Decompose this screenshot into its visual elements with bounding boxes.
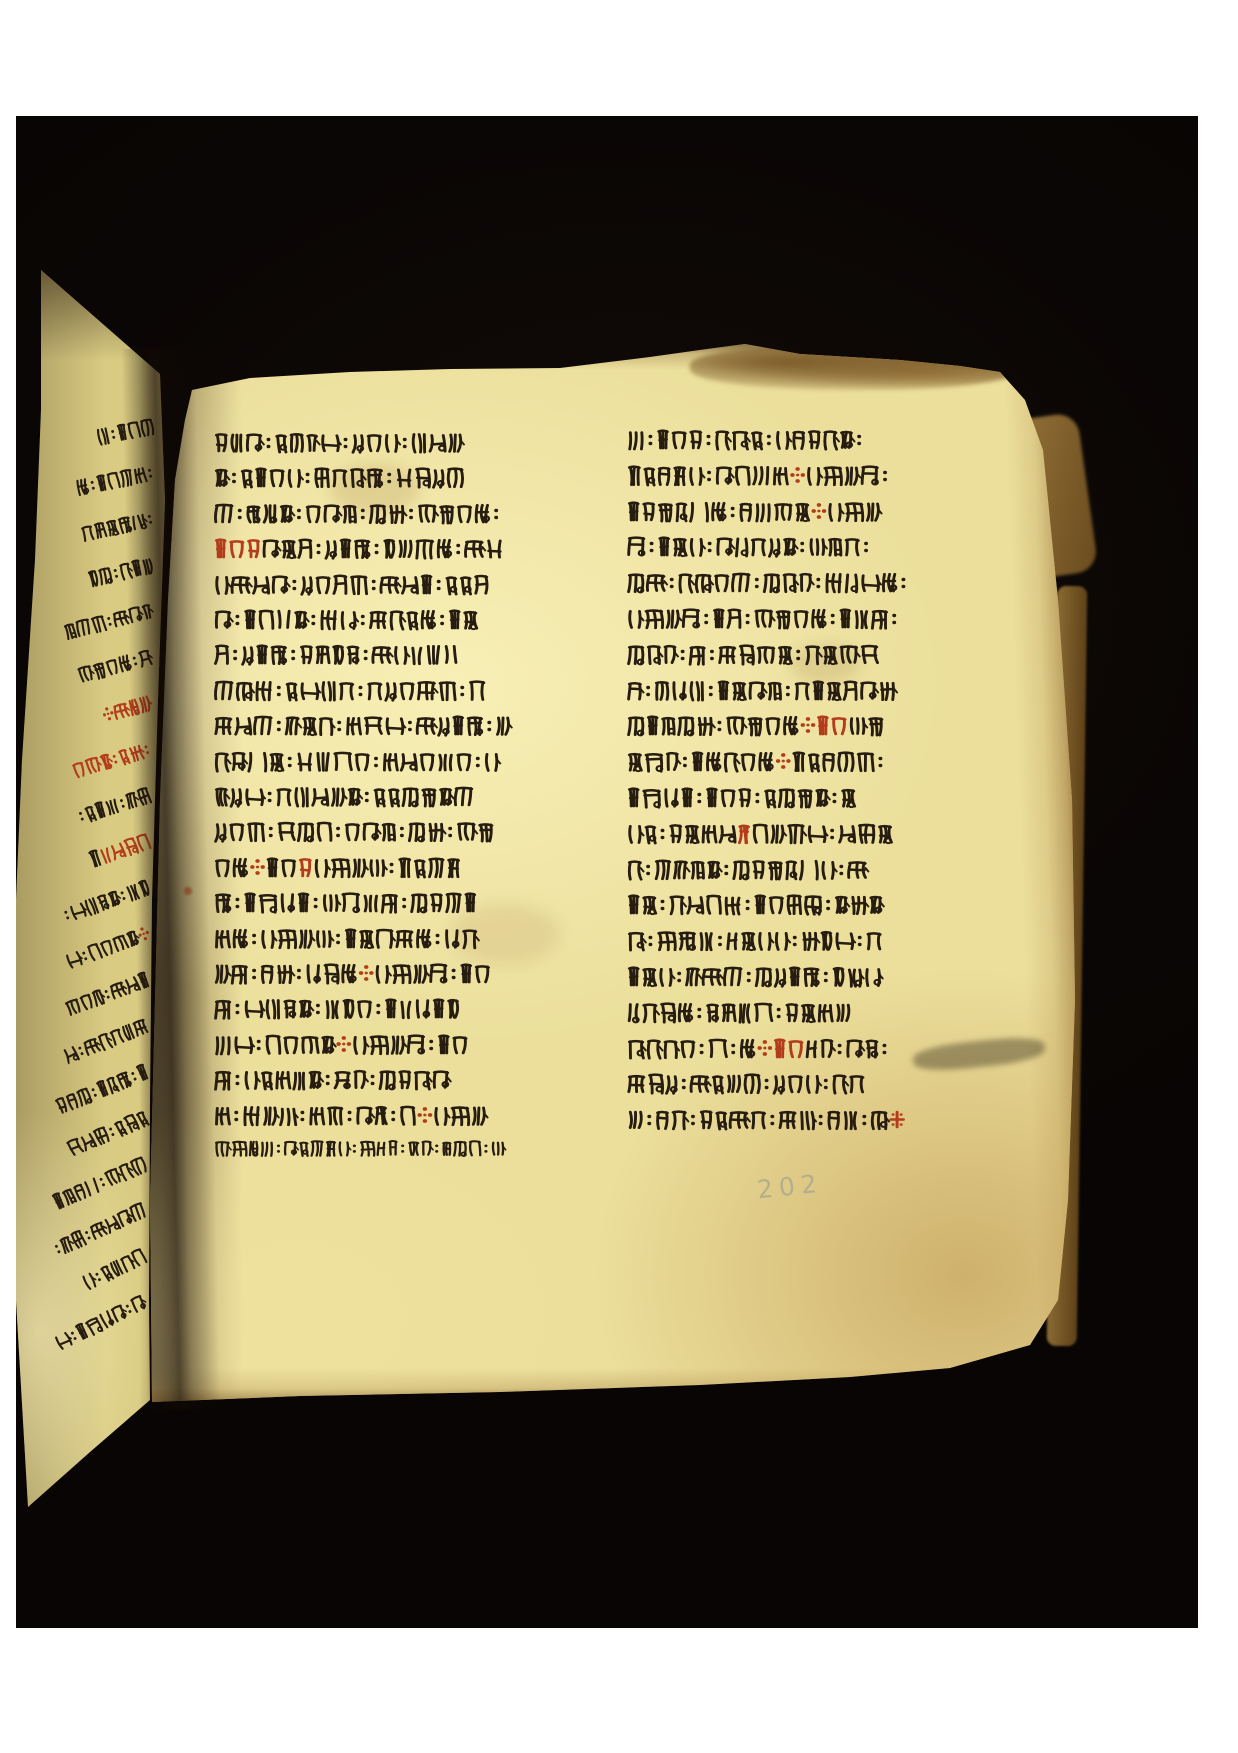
manuscript-line [215, 1033, 595, 1059]
manuscript-line [215, 466, 595, 492]
manuscript-line [215, 643, 595, 669]
manuscript-line [215, 785, 595, 811]
manuscript-line [628, 929, 1006, 955]
manuscript-line [215, 856, 595, 882]
manuscript-line [215, 679, 595, 705]
manuscript-line [215, 537, 595, 563]
facing-page-line-ending [81, 1245, 152, 1296]
worn-top-edge [690, 344, 1020, 390]
manuscript-line [215, 891, 595, 917]
manuscript-line [215, 714, 595, 740]
manuscript-line [628, 1037, 1006, 1063]
manuscript-line [628, 464, 1006, 490]
manuscript-line [628, 428, 1006, 454]
manuscript-line [215, 750, 595, 776]
manuscript-line [628, 893, 1006, 919]
manuscript-line [628, 1001, 1006, 1027]
manuscript-line [215, 1139, 595, 1165]
text-column-left [215, 431, 595, 1391]
manuscript-line [628, 535, 1006, 561]
manuscript-line [215, 1068, 595, 1094]
manuscript-photo: 202 [16, 116, 1198, 1628]
manuscript-line [215, 820, 595, 846]
manuscript-line [628, 1072, 1006, 1098]
manuscript-line [628, 822, 1006, 848]
manuscript-line [628, 1108, 1006, 1134]
scanned-manuscript-page: 202 [0, 0, 1238, 1753]
manuscript-line [215, 927, 595, 953]
text-column-right [628, 428, 1006, 1188]
manuscript-line [215, 997, 595, 1023]
manuscript-line [215, 1104, 595, 1130]
manuscript-line [628, 714, 1006, 740]
manuscript-line [215, 573, 595, 599]
manuscript-line [215, 962, 595, 988]
manuscript-line [628, 500, 1006, 526]
manuscript-line [628, 965, 1006, 991]
manuscript-line [215, 608, 595, 634]
manuscript-line [215, 431, 595, 457]
manuscript-line [628, 643, 1006, 669]
manuscript-line [628, 571, 1006, 597]
manuscript-line [215, 502, 595, 528]
manuscript-line [628, 750, 1006, 776]
pencil-folio-number: 202 [756, 1169, 824, 1205]
manuscript-line [628, 858, 1006, 884]
facing-page-line-ending [53, 1291, 152, 1356]
right-page: 202 [150, 344, 1075, 1402]
manuscript-line [628, 607, 1006, 633]
manuscript-line [628, 786, 1006, 812]
manuscript-line [628, 679, 1006, 705]
